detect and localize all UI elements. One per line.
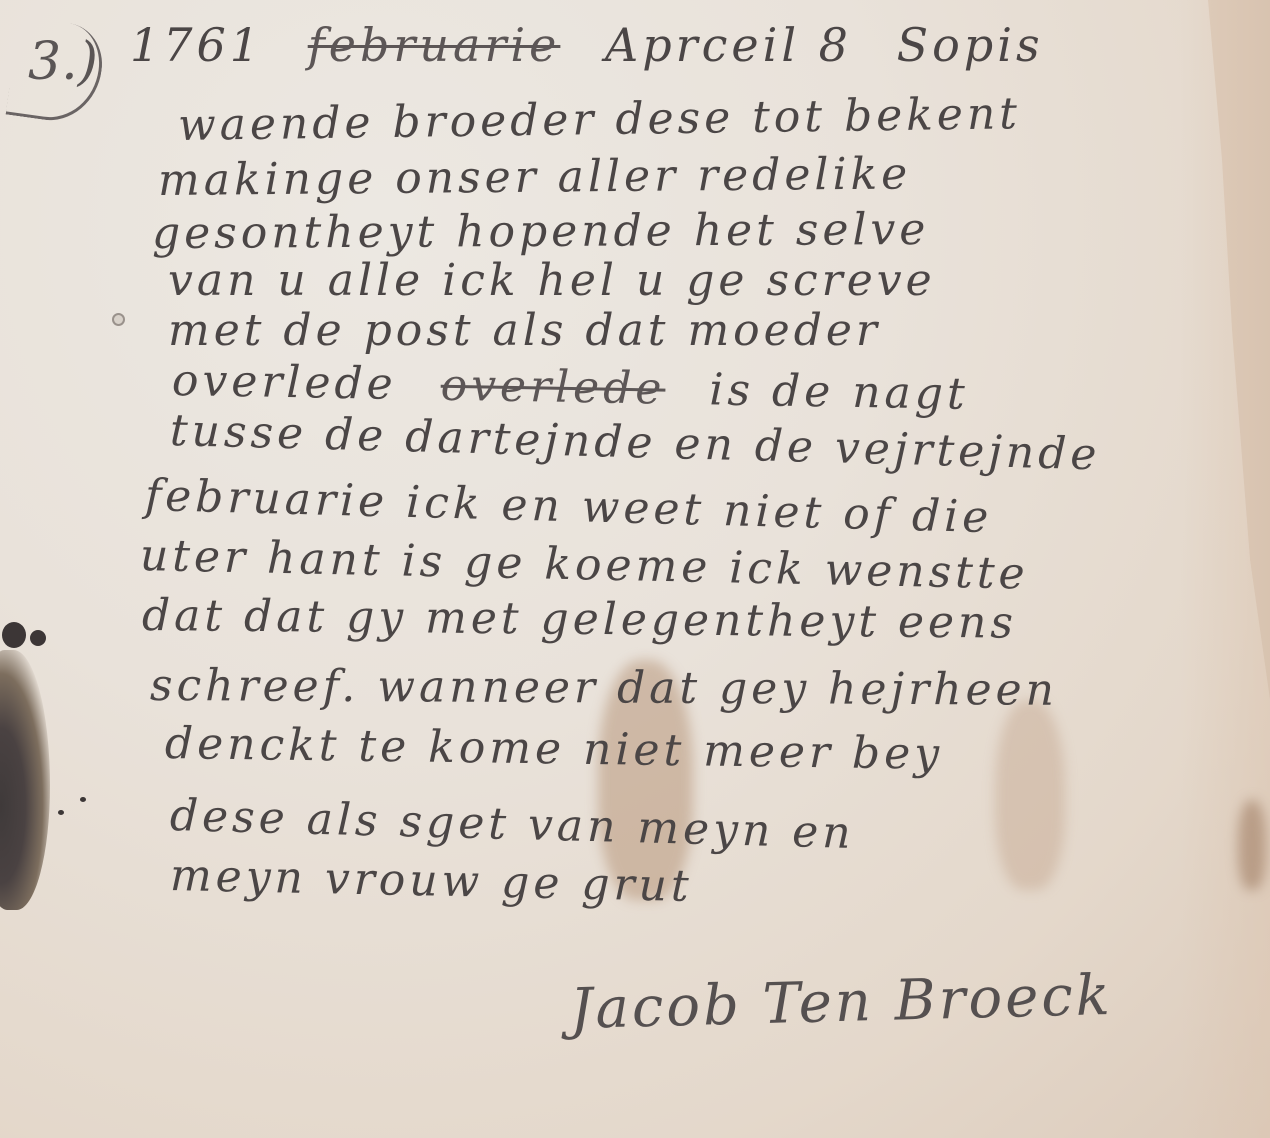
letter-line-4: van u alle ick hel u ge screve [168,255,936,306]
letter-line-1: waende broeder dese tot bekent [178,88,1022,151]
letter-line-13: dese als sget van meyn en [169,790,855,859]
letter-line-11: schreef. wanneer dat gey hejrheen [150,660,1058,716]
struck-word: overlede [440,360,666,415]
signature: Jacob Ten Broeck [569,963,1113,1042]
letter-line-2: makinge onser aller redelike [158,148,912,206]
letter-line-5: met de post als dat moeder [168,305,881,356]
letter-place: Sopis [897,18,1044,72]
struck-month: februarie [308,18,561,72]
letter-year: 1761 [130,18,263,72]
letter-body: 1761 februarie Aprceil 8 Sopis waende br… [0,0,1270,1138]
letter-date: Aprceil 8 [605,18,852,72]
letter-line-10: dat dat gy met gelegentheyt eens [142,590,1017,649]
letter-line-3: gesontheyt hopende het selve [152,204,930,259]
letter-line-14: meyn vrouw ge grut [169,850,693,912]
letter-paper: 3.) 1761 februarie Aprceil 8 Sopis waend… [0,0,1270,1138]
letter-header: 1761 februarie Aprceil 8 Sopis [130,18,1070,72]
letter-line-12: denckt te kome niet meer bey [165,718,944,780]
word-overlede: overlede [172,355,398,410]
words-is-de-nagt: is de nagt [709,364,969,420]
